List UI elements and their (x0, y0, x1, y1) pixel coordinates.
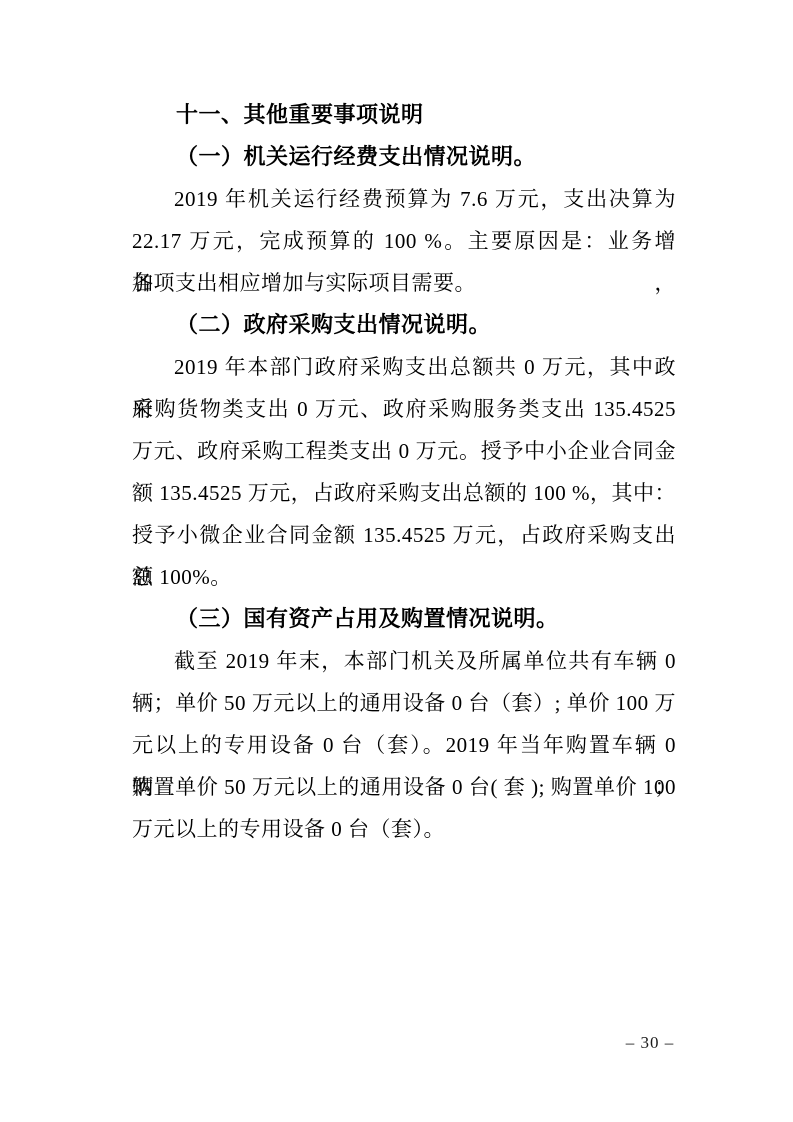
section-2-title: （二）政府采购支出情况说明。 (132, 304, 676, 346)
section-3-line-3: 元以上的专用设备 0 台（套）。2019 年当年购置车辆 0 辆； (132, 724, 676, 766)
section-2-line-3: 万元、政府采购工程类支出 0 万元。授予中小企业合同金 (132, 430, 676, 472)
section-1-title: （一）机关运行经费支出情况说明。 (132, 136, 676, 178)
section-1-line-1: 2019 年机关运行经费预算为 7.6 万元，支出决算为 (132, 178, 676, 220)
section-2-line-4: 额 135.4525 万元，占政府采购支出总额的 100 %，其中： (132, 472, 676, 514)
section-1-line-2: 22.17 万元，完成预算的 100 %。主要原因是：业务增加， (132, 220, 676, 262)
section-3-title: （三）国有资产占用及购置情况说明。 (132, 598, 676, 640)
section-2-line-6: 额 100%。 (132, 556, 676, 598)
section-2-line-5: 授予小微企业合同金额 135.4525 万元，占政府采购支出总 (132, 514, 676, 556)
section-2-line-1: 2019 年本部门政府采购支出总额共 0 万元，其中政府 (132, 346, 676, 388)
main-heading: 十一、其他重要事项说明 (132, 94, 676, 136)
section-2-line-2: 采购货物类支出 0 万元、政府采购服务类支出 135.4525 (132, 388, 676, 430)
section-3-line-2: 辆；单价 50 万元以上的通用设备 0 台（套）; 单价 100 万 (132, 682, 676, 724)
section-3-line-5: 万元以上的专用设备 0 台（套）。 (132, 808, 676, 850)
document-page: 十一、其他重要事项说明 （一）机关运行经费支出情况说明。 2019 年机关运行经… (0, 0, 793, 1122)
document-content: 十一、其他重要事项说明 （一）机关运行经费支出情况说明。 2019 年机关运行经… (132, 94, 676, 850)
section-3-line-1: 截至 2019 年末，本部门机关及所属单位共有车辆 0 (132, 640, 676, 682)
section-3-line-4: 购置单价 50 万元以上的通用设备 0 台( 套 ); 购置单价 100 (132, 766, 676, 808)
page-number: – 30 – (615, 1031, 685, 1055)
